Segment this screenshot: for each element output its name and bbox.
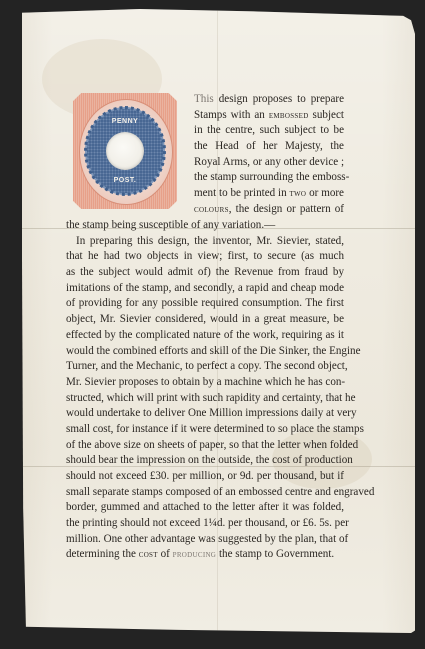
stamp-label-post: POST. <box>87 177 163 184</box>
stamp-blue-ring: PENNY POST. <box>87 109 163 193</box>
text-line: should not exceed £30. per million, or 9… <box>66 469 344 485</box>
text-line: of the above size on sheets of paper, so… <box>66 438 344 454</box>
text-line: This design proposes to prepare <box>194 92 344 108</box>
text-line: In preparing this design, the inventor, … <box>66 234 344 250</box>
text-line: in the centre, such subject to be <box>194 123 344 139</box>
text-line: small cost, for instance if it were dete… <box>66 422 344 438</box>
text-line: imitations of the stamp, and secondly, a… <box>66 281 344 297</box>
text-line: determining the cost of producing the st… <box>66 547 344 563</box>
intro-paragraph: This design proposes to prepare Stamps w… <box>194 92 344 218</box>
text-line: as the subject would admit of) the Reven… <box>66 265 344 281</box>
small-caps-text: embossed <box>269 110 309 121</box>
body-paragraph: the stamp being susceptible of any varia… <box>66 218 344 563</box>
text-line: the Head of her Majesty, the <box>194 139 344 155</box>
embossed-stamp-image: PENNY POST. <box>73 93 177 209</box>
text-line: that he had two objects in view; first, … <box>66 249 344 265</box>
text-fragment: determining the <box>66 548 136 560</box>
stamp-label-penny: PENNY <box>87 118 163 125</box>
text-line: structed, which will print with such rap… <box>66 391 344 407</box>
text-line: the stamp being susceptible of any varia… <box>66 218 344 234</box>
text-line: ment to be printed in two or more <box>194 186 344 202</box>
text-fragment: subject <box>313 109 344 121</box>
text-line: colours, the design or pattern of <box>194 202 344 218</box>
document-sheet: PENNY POST. This design proposes to prep… <box>22 9 415 633</box>
text-line: border, gummed and attached to the lette… <box>66 500 344 516</box>
text-line: Mr. Sievier proposes to obtain by a mach… <box>66 375 344 391</box>
text-line: Turner, and the Mechanic, to perfect a c… <box>66 359 344 375</box>
text-line: object, Mr. Sievier considered, would in… <box>66 312 344 328</box>
text-fragment: of <box>161 548 170 560</box>
text-line: the printing should not exceed 1¼d. per … <box>66 516 344 532</box>
text-line: of providing for any possible required c… <box>66 296 344 312</box>
text-fragment: ment to be printed in <box>194 187 287 199</box>
text-fragment: Stamps with an <box>194 109 265 121</box>
text-fragment: design proposes to prepare <box>219 93 344 105</box>
text-line: Stamps with an embossed subject <box>194 108 344 124</box>
text-line: Royal Arms, or any other device ; <box>194 155 344 171</box>
small-caps-text: two <box>289 188 306 199</box>
text-fragment: , the design or pattern of <box>229 203 344 215</box>
small-caps-text: producing <box>173 549 217 560</box>
stamp-embossed-center <box>106 132 144 170</box>
text-line: the stamp surrounding the emboss- <box>194 170 344 186</box>
small-caps-text: colours <box>194 204 229 215</box>
text-fragment: or more <box>309 187 344 199</box>
text-line: effected by the complicated nature of th… <box>66 328 344 344</box>
text-line: small separate stamps composed of an emb… <box>66 485 344 501</box>
small-caps-text: cost <box>139 549 158 560</box>
text-line: would the combined efforts and skill of … <box>66 344 344 360</box>
text-line: would undertake to deliver One Million i… <box>66 406 344 422</box>
text-line: should bear the impression on the outsid… <box>66 453 344 469</box>
text-fragment: the stamp to Government. <box>219 548 334 560</box>
text-line: million. One other advantage was suggest… <box>66 532 344 548</box>
text-fragment: This <box>194 93 214 105</box>
